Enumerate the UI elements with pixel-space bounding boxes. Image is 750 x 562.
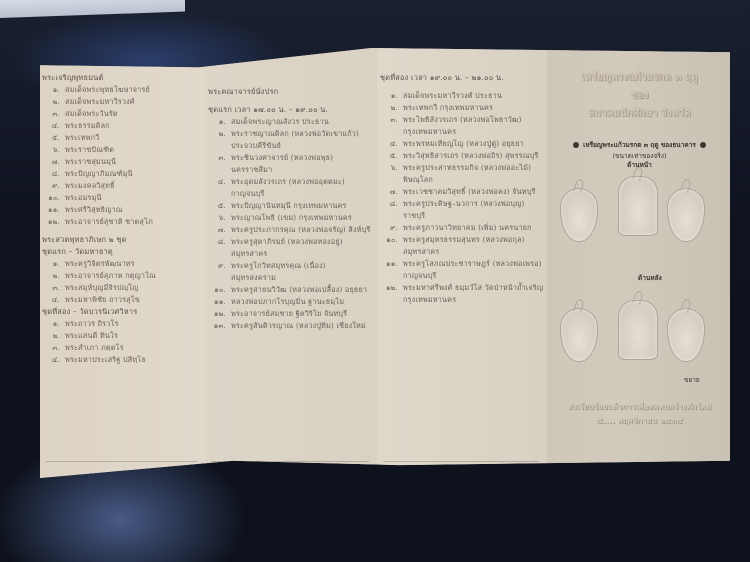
list-item: ๔.พระมหาพิชัย ถาวรสุโข bbox=[42, 294, 202, 306]
list-item: ๗.พระครูประภากรคุณ (หลวงพ่อจรัญ) สิงห์บุ… bbox=[208, 224, 373, 236]
group-heading: ชุดที่สอง – วัดบวรนิเวศวิหาร bbox=[42, 306, 202, 318]
folded-leaflet: พระเจริญพุทธมนต์ ๑.สมเด็จพระพุทธโฆษาจารย… bbox=[40, 48, 730, 478]
list-item: ๕.พระเทพกวี bbox=[42, 132, 202, 144]
list-item: ๗.พระราชสุมนมุนี bbox=[42, 156, 202, 168]
list-item: ๓.พระสมุห์บุญมีจิรปญฺโญ bbox=[42, 282, 202, 294]
session-time: ชุดที่สอง เวลา ๑๙.๐๐ น. – ๒๑.๐๐ น. bbox=[380, 72, 545, 84]
section-heading: พระเจริญพุทธมนต์ bbox=[42, 72, 202, 84]
list-item: ๑๐.พระครูสาธนวิวัฒ (หลวงพ่อเปลื้อง) อยุธ… bbox=[208, 284, 373, 296]
list-item: ๓.พระสำเภา ภตฺตโร bbox=[42, 342, 202, 354]
amulet-caption: เหรียญพระแก้วมรกต ๓ ฤดู ของธนาคาร bbox=[552, 140, 727, 150]
flyer-footer-line-1: ส่งเรียบร้อยแล้วการเพื่อสมทบสร้างตึกใหม่ bbox=[552, 400, 727, 413]
list-item: ๒.พระเทพกวี กรุงเทพมหานคร bbox=[380, 102, 545, 114]
list-item: ๕.พระปัญญานันทมุนี กรุงเทพมหานคร bbox=[208, 200, 373, 212]
list-item: ๑.สมเด็จพระพุทธโฆษาจารย์ bbox=[42, 84, 202, 96]
flyer-title-line-1: เหรียญพระแก้วมรกต ๓ ฤดู bbox=[552, 70, 727, 85]
list-item: ๙.พระครูโกวิทสมุทรคุณ (เนื่อง) สมุทรสงคร… bbox=[208, 260, 373, 284]
list-item: ๓.พระชินวงศาจารย์ (หลวงพ่อพุธ) นครราชสีม… bbox=[208, 152, 373, 176]
monks-chanting-list: พระเจริญพุทธมนต์ ๑.สมเด็จพระพุทธโฆษาจารย… bbox=[42, 72, 202, 366]
list-item: ๖.พระครูประสาทธรรมกิจ (หลวงพ่ออะไม้) พิษ… bbox=[380, 162, 545, 186]
list-item: ๔.พระอุดมสังวรเถร (หลวงพ่ออุตตมะ) กาญจนบ… bbox=[208, 176, 373, 200]
list-item: ๘.พระครูประดิษฐ–นวการ (หลวงพ่อบุญ) ราชบุ… bbox=[380, 198, 545, 222]
list-item: ๒.พระราชญาณดิลก (หลวงพ่อวัดเขาแก้ว) ประจ… bbox=[208, 128, 373, 152]
list-item: ๙.พระมงคลวิสุทธิ์ bbox=[42, 180, 202, 192]
list-item: ๙.พระครูภาวนาวิทยาคม (เพิ่ม) นครนายก bbox=[380, 222, 545, 234]
list-item: ๑๐.พระอมรมุนี bbox=[42, 192, 202, 204]
monks-session-2-list: ชุดที่สอง เวลา ๑๙.๐๐ น. – ๒๑.๐๐ น. ๑.สมเ… bbox=[380, 72, 545, 306]
list-item: ๘.พระครูสุตาภิรมย์ (หลวงพ่อทองอยู่) สมุท… bbox=[208, 236, 373, 260]
list-item: ๑๐.พระครูสมุทรธรรมสุนทร (หลวงพ่อกุล) สมุ… bbox=[380, 234, 545, 258]
amulet-back-center-icon bbox=[618, 300, 658, 360]
list-item: ๑๑.หลวงพ่อปภากโรบุญมิ่น ฐานะธมฺโม bbox=[208, 296, 373, 308]
list-item: ๑๒.พระอาจารย์สมชาย ฐิตวิริโย จันทบุรี bbox=[208, 308, 373, 320]
list-item: ๒.พระอาจารย์สุภาพ กตุญาโณ bbox=[42, 270, 202, 282]
session-time: ชุดแรก เวลา ๑๗.๐๐ น. – ๑๙.๐๐ น. bbox=[208, 104, 373, 116]
back-label: ด้านหลัง bbox=[638, 273, 662, 283]
list-item: ๑๒.พระมหาศรีพงศ์ ธมฺมวํโส วัดป่าหน้าถ้ำเ… bbox=[380, 282, 545, 306]
list-item: ๑.พระถาวร ถิรวโร bbox=[42, 318, 202, 330]
bullet-dot-icon bbox=[700, 142, 706, 148]
list-item: ๗.พระเวชชาคมวิสุทธิ์ (หลวงพ่อคง) จันทบุร… bbox=[380, 186, 545, 198]
enlarge-label: ขยาย bbox=[684, 375, 700, 385]
bullet-dot-icon bbox=[573, 142, 579, 148]
group-heading: ชุดแรก – วัดมหาธาตุ bbox=[42, 246, 202, 258]
flyer-title-line-2: ของ bbox=[552, 88, 727, 103]
list-item: ๑.สมเด็จพระญาณสังวร ประธาน bbox=[208, 116, 373, 128]
flyer-title-line-3: สมาคมนักศึกษา จังหวัด bbox=[552, 106, 727, 121]
section-heading: พระคณาจารย์นั่งปรก bbox=[208, 86, 373, 98]
list-item: ๒.สมเด็จพระมหาวีรวงศ์ bbox=[42, 96, 202, 108]
list-item: ๑.พระครูวิจิตรพัฒนาทร bbox=[42, 258, 202, 270]
list-item: ๘.พระปัญญาภิมณฑ์มุนี bbox=[42, 168, 202, 180]
list-item: ๔.พระพรหมเทียญโญ (หลวงปู่ดู่) อยุธยา bbox=[380, 138, 545, 150]
list-item: ๕.พระวิสุทธิสารเถร (หลวงพ่อถิร) สุพรรณบุ… bbox=[380, 150, 545, 162]
amulet-front-center-icon bbox=[618, 176, 658, 236]
list-item: ๑.สมเด็จพระมหาวีรวงศ์ ประธาน bbox=[380, 90, 545, 102]
list-item: ๖.พระญาณโพธิ (เขม) กรุงเทพมหานคร bbox=[208, 212, 373, 224]
list-item: ๓.สมเด็จพระวันรัต bbox=[42, 108, 202, 120]
list-item: ๔.พระธรรมดิลก bbox=[42, 120, 202, 132]
flyer-footer-line-2: ๕.... พฤศจิกายน ๒๕๓๕ bbox=[552, 414, 727, 427]
monks-session-1-list: พระคณาจารย์นั่งปรก ชุดแรก เวลา ๑๗.๐๐ น. … bbox=[208, 86, 373, 332]
list-item: ๑๒.พระอาจารย์สุชาติ ชาตสุโภ bbox=[42, 216, 202, 228]
list-item: ๓.พระโพธิสังวรเถร (หลวงพ่อโพธาวัฒ) กรุงเ… bbox=[380, 114, 545, 138]
list-item: ๑๑.พระศรีวิสุทธิญาณ bbox=[42, 204, 202, 216]
list-item: ๖.พระราชปัณฑิต bbox=[42, 144, 202, 156]
list-item: ๒.พระแสนดี ทินโร bbox=[42, 330, 202, 342]
section-heading: พระสวดพุทธาภิเษก ๒ ชุด bbox=[42, 234, 202, 246]
list-item: ๑๓.พระครูสันติวรญาณ (หลวงปู่ทิม) เชียงให… bbox=[208, 320, 373, 332]
list-item: ๑๑.พระครูโสภณประชาราษฎร์ (หลวงพ่อเพรอ) ก… bbox=[380, 258, 545, 282]
list-item: ๔.พระมหาประเสริฐ ปสิทฺโธ bbox=[42, 354, 202, 366]
